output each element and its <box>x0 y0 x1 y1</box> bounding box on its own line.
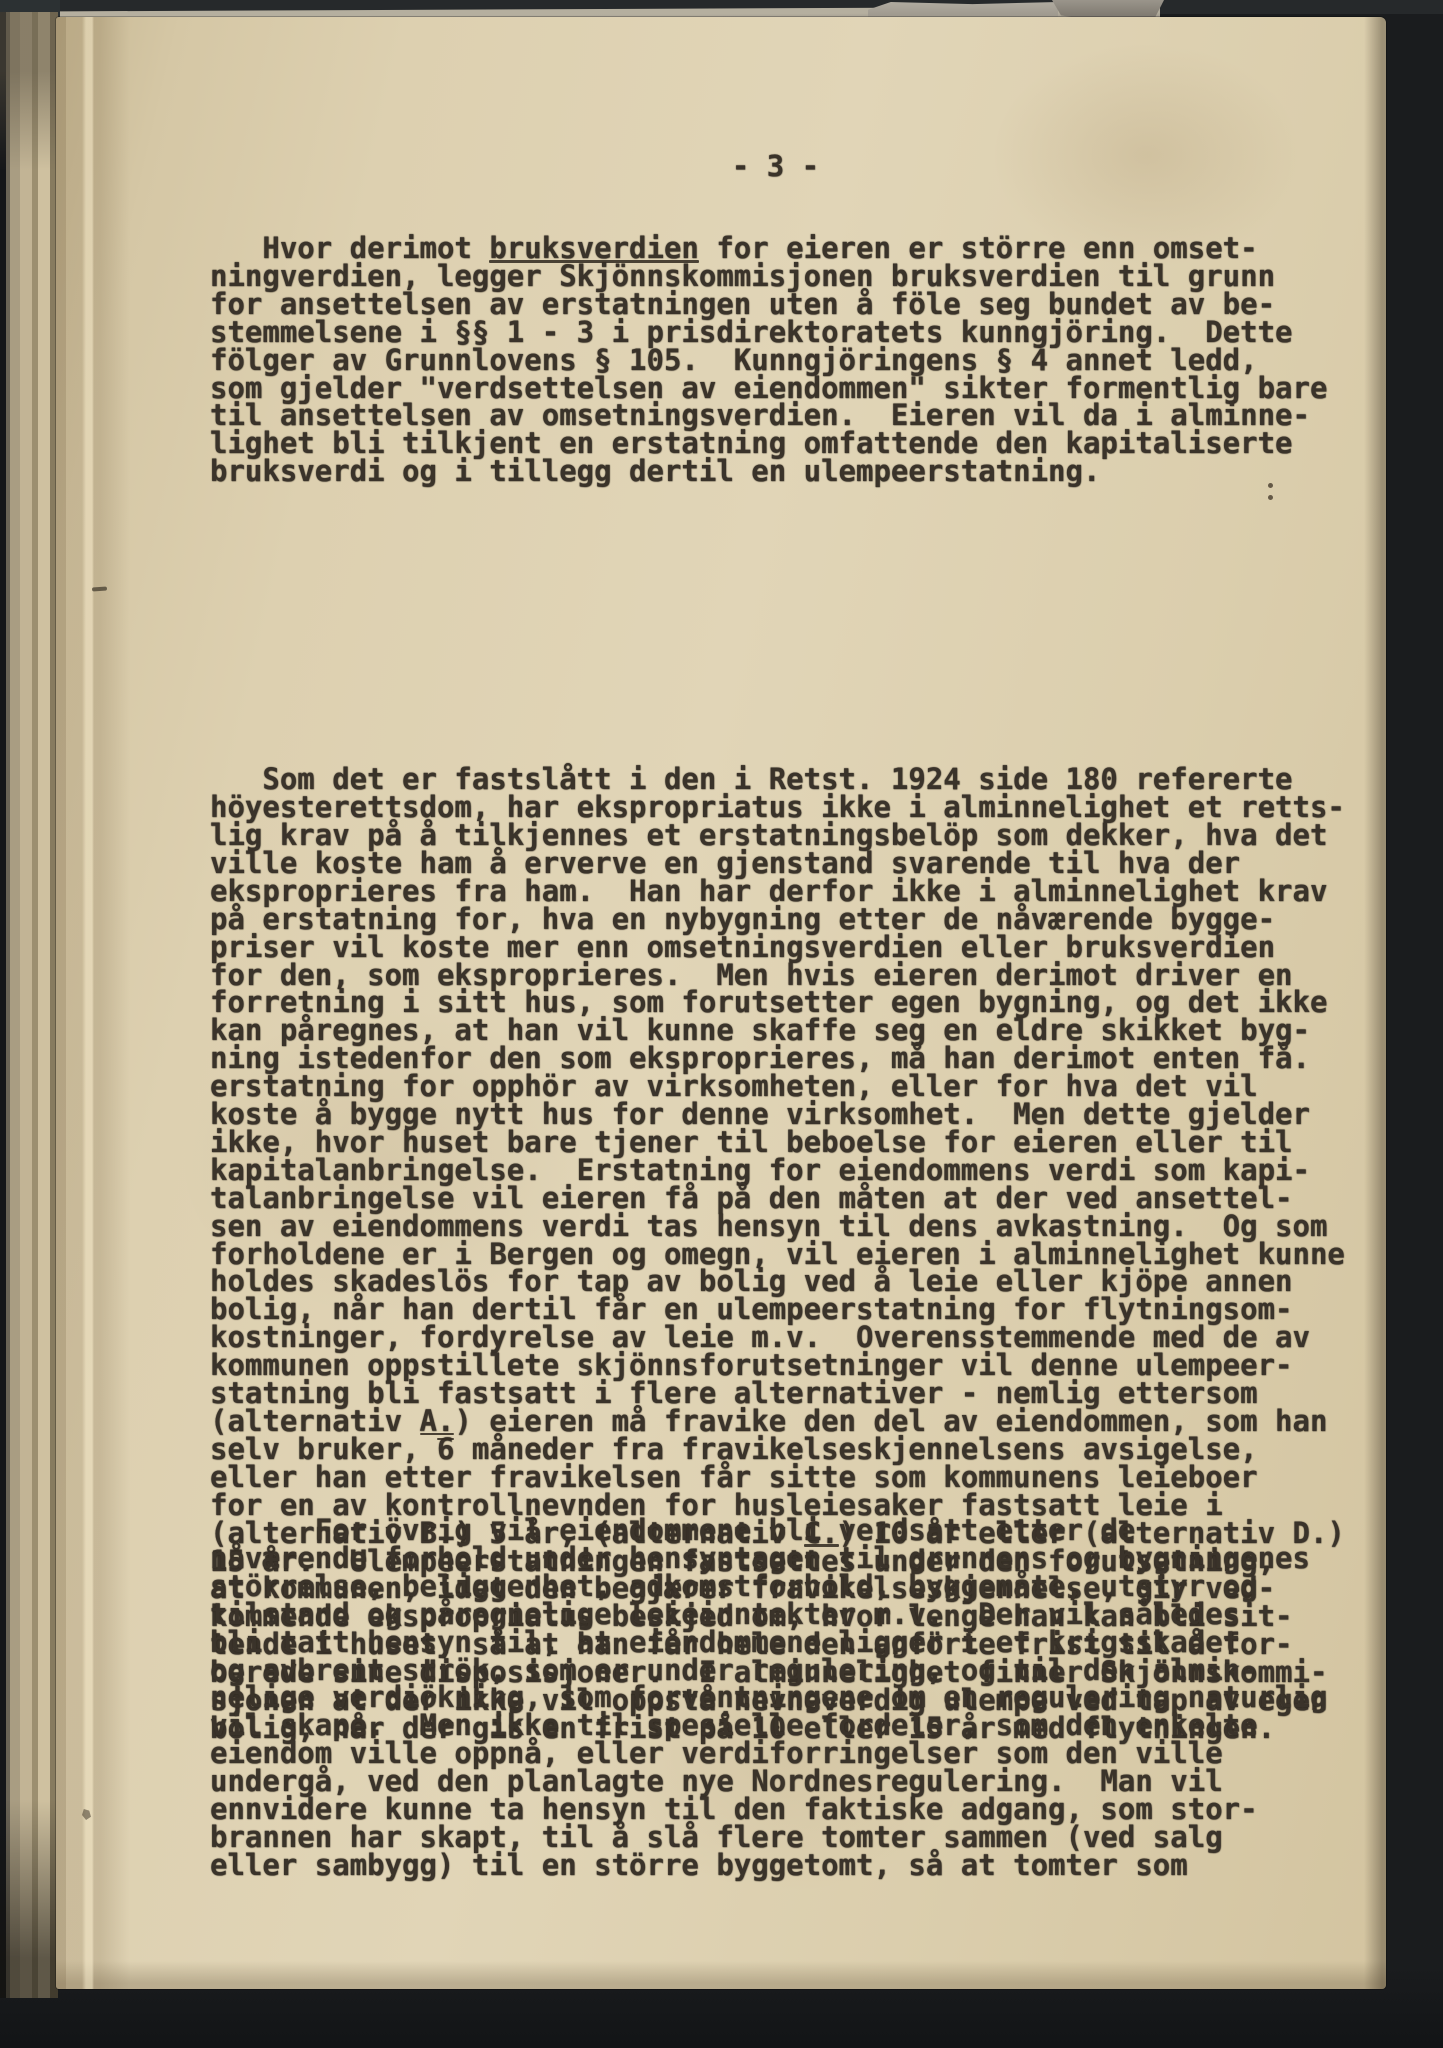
page-number: - 3 - <box>210 153 1341 181</box>
ink-speck <box>82 1809 91 1820</box>
underline-mark <box>489 260 699 263</box>
underline-mark <box>420 1433 455 1436</box>
paragraph: Hvor derimot bruksverdien for eieren er … <box>210 235 1443 486</box>
scanned-book-photo: - 3 - Hvor derimot bruksverdien for eier… <box>0 0 1443 2048</box>
document-page: - 3 - Hvor derimot bruksverdien for eier… <box>56 17 1386 1989</box>
ink-speck <box>1268 483 1273 488</box>
ink-speck <box>92 586 107 591</box>
book-gutter-page-edges <box>0 12 58 1998</box>
overline-mark <box>437 1438 454 1441</box>
paragraph: For övrig vil eiendommene bli verdsatt e… <box>210 1517 1327 1880</box>
